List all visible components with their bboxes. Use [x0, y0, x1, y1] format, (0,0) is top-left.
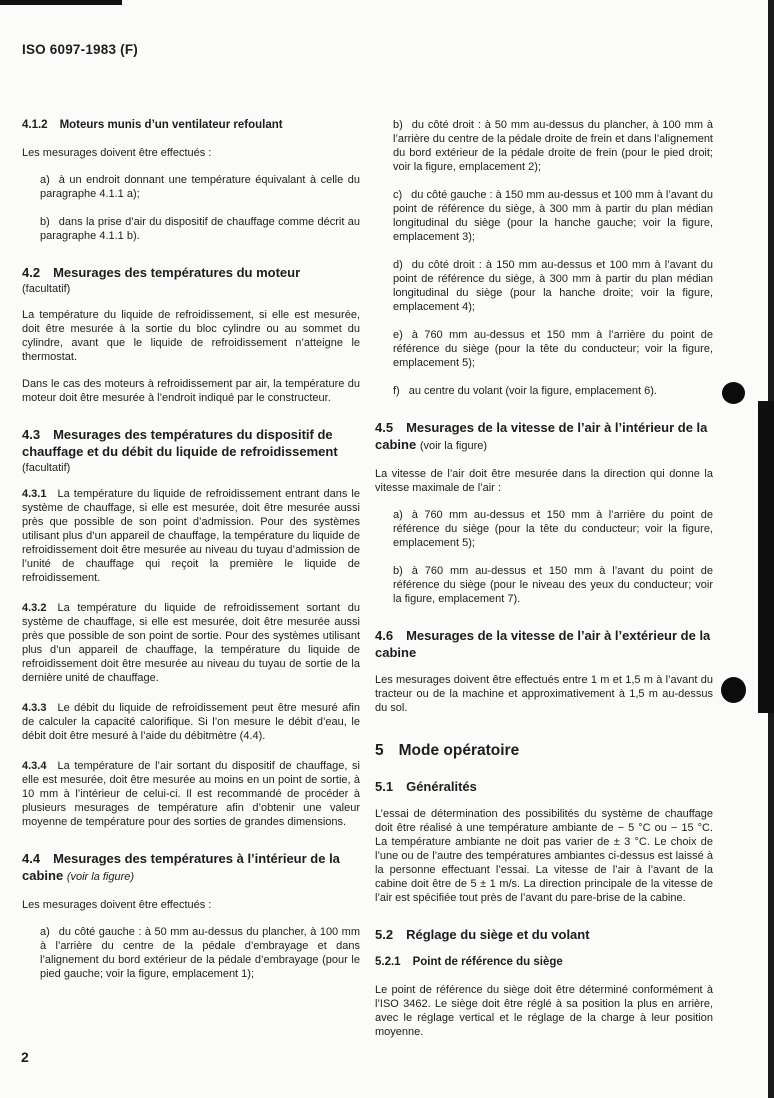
list-item-b: b)du côté droit : à 50 mm au-dessus du p…: [375, 118, 713, 174]
list-item-text: à 760 mm au-dessus et 150 mm à l’arrière…: [393, 329, 713, 369]
heading-title: Moteurs munis d’un ventilateur refoulant: [60, 119, 283, 131]
registration-dot-bottom: [721, 677, 746, 703]
heading-5-1: 5.1Généralités: [375, 778, 713, 795]
list-item-label: a): [393, 509, 403, 521]
heading-4-5: 4.5Mesurages de la vitesse de l’air à l’…: [375, 419, 713, 455]
paragraph-4-2-1: La température du liquide de refroidisse…: [22, 308, 360, 364]
left-column: 4.1.2Moteurs munis d’un ventilateur refo…: [22, 112, 360, 1052]
right-column: b)du côté droit : à 50 mm au-dessus du p…: [375, 112, 713, 1052]
list-item-label: b): [393, 119, 403, 131]
list-item-a: a)du côté gauche : à 50 mm au-dessus du …: [22, 925, 360, 981]
heading-figure-reference: (voir la figure): [67, 871, 134, 883]
list-item-f: f)au centre du volant (voir la figure, e…: [375, 384, 713, 398]
paragraph-4-1-2-intro: Les mesurages doivent être effectués :: [22, 146, 360, 160]
paragraph-4-5-intro: La vitesse de l’air doit être mesurée da…: [375, 467, 713, 495]
heading-4-6: 4.6Mesurages de la vitesse de l’air à l’…: [375, 627, 713, 661]
heading-number: 4.4: [22, 851, 40, 866]
list-item-label: a): [40, 926, 50, 938]
heading-title: Mesurages de la vitesse de l’air à l’ext…: [375, 628, 710, 660]
heading-number: 4.3: [22, 427, 40, 442]
heading-number: 5: [375, 742, 384, 759]
document-page: ISO 6097-1983 (F) 4.1.2Moteurs munis d’u…: [0, 0, 774, 1098]
list-item-b: b)dans la prise d’air du dispositif de c…: [22, 215, 360, 243]
list-item-c: c)du côté gauche : à 150 mm au-dessus et…: [375, 188, 713, 244]
list-item-label: d): [393, 259, 403, 271]
heading-4-1-2: 4.1.2Moteurs munis d’un ventilateur refo…: [22, 118, 360, 132]
heading-title: Généralités: [406, 779, 477, 794]
heading-number: 5.2: [375, 927, 393, 942]
paragraph-4-2-2: Dans le cas des moteurs à refroidissemen…: [22, 377, 360, 405]
page-number: 2: [21, 1049, 29, 1065]
paragraph-4-3-3: 4.3.3Le débit du liquide de refroidissem…: [22, 701, 360, 743]
list-item-text: à un endroit donnant une température équ…: [40, 174, 360, 200]
clause-text: La température de l’air sortant du dispo…: [22, 760, 360, 828]
two-column-body: 4.1.2Moteurs munis d’un ventilateur refo…: [22, 112, 713, 1052]
heading-4-2: 4.2Mesurages des températures du moteur …: [22, 264, 360, 296]
list-item-e: e)à 760 mm au-dessus et 150 mm à l’arriè…: [375, 328, 713, 370]
list-item-text: du côté gauche : à 150 mm au-dessus et 1…: [393, 189, 713, 243]
heading-figure-reference: (voir la figure): [420, 440, 487, 452]
paragraph-5-2-1: Le point de référence du siège doit être…: [375, 983, 713, 1039]
list-item-text: du côté gauche : à 50 mm au-dessus du pl…: [40, 926, 360, 980]
heading-title: Mesurages des températures du moteur: [53, 265, 300, 280]
clause-text: La température du liquide de refroidisse…: [22, 488, 360, 584]
list-item-text: à 760 mm au-dessus et 150 mm à l’avant d…: [393, 565, 713, 605]
heading-5-2-1: 5.2.1Point de référence du siège: [375, 955, 713, 969]
paragraph-4-6: Les mesurages doivent être effectués ent…: [375, 673, 713, 715]
heading-number: 5.2.1: [375, 956, 401, 968]
registration-dot-top: [722, 382, 745, 404]
heading-subtitle: (facultatif): [22, 461, 360, 475]
heading-title: Mesurages des températures du dispositif…: [22, 427, 338, 459]
list-item-text: du côté droit : à 150 mm au-dessus et 10…: [393, 259, 713, 313]
heading-4-3: 4.3Mesurages des températures du disposi…: [22, 426, 360, 475]
heading-number: 4.2: [22, 265, 40, 280]
list-item-label: b): [393, 565, 403, 577]
clause-number: 4.3.1: [22, 488, 46, 500]
heading-5: 5Mode opératoire: [375, 741, 713, 760]
clause-number: 4.3.2: [22, 602, 46, 614]
list-item-text: au centre du volant (voir la figure, emp…: [409, 385, 657, 397]
list-item-label: e): [393, 329, 403, 341]
list-item-label: f): [393, 385, 400, 397]
clause-number: 4.3.4: [22, 760, 46, 772]
list-item-text: à 760 mm au-dessus et 150 mm à l’arrière…: [393, 509, 713, 549]
paragraph-5-1: L’essai de détermination des possibilité…: [375, 807, 713, 905]
heading-title: Mode opératoire: [399, 742, 520, 759]
list-item-d: d)du côté droit : à 150 mm au-dessus et …: [375, 258, 713, 314]
paragraph-4-3-4: 4.3.4La température de l’air sortant du …: [22, 759, 360, 829]
heading-5-2: 5.2Réglage du siège et du volant: [375, 926, 713, 943]
heading-title: Réglage du siège et du volant: [406, 927, 589, 942]
scan-artifact-top-bar: [0, 0, 122, 5]
paragraph-4-4-intro: Les mesurages doivent être effectués :: [22, 898, 360, 912]
heading-subtitle: (facultatif): [22, 282, 360, 296]
heading-number: 4.5: [375, 420, 393, 435]
list-item-label: a): [40, 174, 50, 186]
heading-number: 4.1.2: [22, 119, 48, 131]
paragraph-4-3-1: 4.3.1La température du liquide de refroi…: [22, 487, 360, 585]
heading-number: 5.1: [375, 779, 393, 794]
clause-text: Le débit du liquide de refroidissement p…: [22, 702, 360, 742]
list-item-a: a)à un endroit donnant une température é…: [22, 173, 360, 201]
clause-text: La température du liquide de refroidisse…: [22, 602, 360, 684]
document-reference-header: ISO 6097-1983 (F): [22, 42, 138, 57]
paragraph-4-3-2: 4.3.2La température du liquide de refroi…: [22, 601, 360, 685]
list-item-a: a)à 760 mm au-dessus et 150 mm à l’arriè…: [375, 508, 713, 550]
list-item-text: du côté droit : à 50 mm au-dessus du pla…: [393, 119, 713, 173]
clause-number: 4.3.3: [22, 702, 46, 714]
list-item-label: c): [393, 189, 402, 201]
heading-4-4: 4.4Mesurages des températures à l’intéri…: [22, 850, 360, 886]
heading-title: Point de référence du siège: [413, 956, 563, 968]
heading-number: 4.6: [375, 628, 393, 643]
list-item-text: dans la prise d’air du dispositif de cha…: [40, 216, 360, 242]
list-item-label: b): [40, 216, 50, 228]
scan-artifact-right-edge-band: [758, 401, 774, 713]
list-item-b: b)à 760 mm au-dessus et 150 mm à l’avant…: [375, 564, 713, 606]
